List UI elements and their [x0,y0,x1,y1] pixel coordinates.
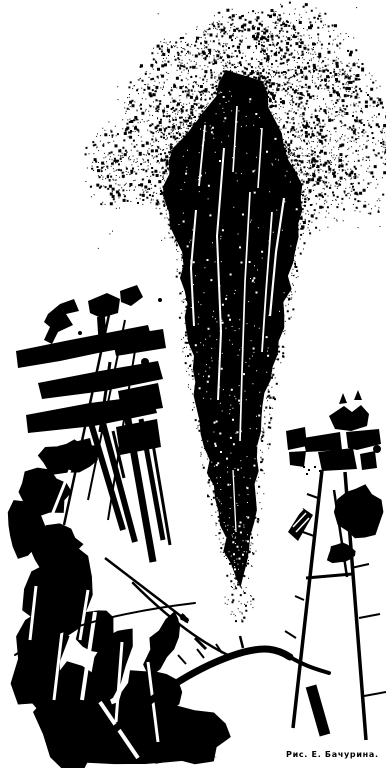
rig-tower-illustration [285,390,386,740]
oil-gusher-ink-drawing [0,0,386,768]
artist-credit: Рис. Е. Бачурина. [286,750,386,759]
illustration-canvas: Рис. Е. Бачурина. [0,0,386,768]
gusher-column-illustration [159,70,310,622]
